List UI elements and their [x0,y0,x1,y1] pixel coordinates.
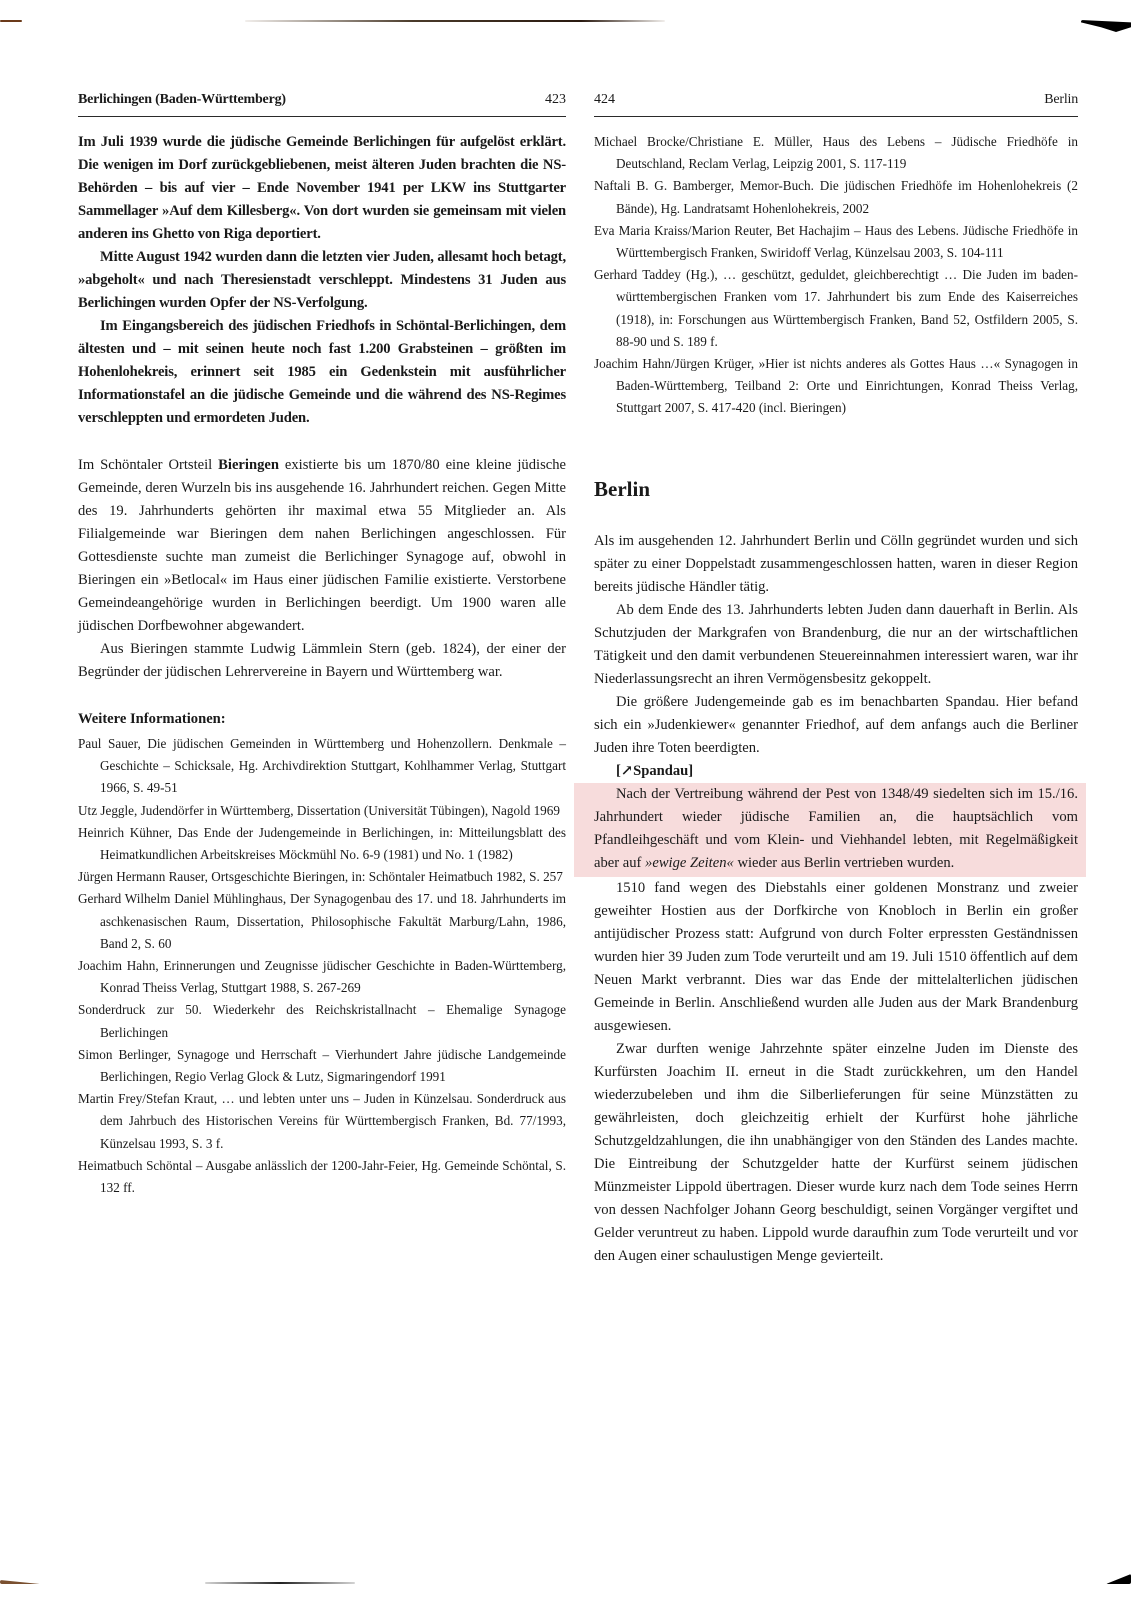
right-running-head: 424 Berlin [594,92,1078,117]
further-info-heading: Weitere Informationen: [78,708,566,730]
bieringen-intro-rest: existierte bis um 1870/80 eine kleine jü… [78,457,566,634]
reference-item: Martin Frey/Stefan Kraut, … und lebten u… [78,1088,566,1155]
reference-item: Heimatbuch Schöntal – Ausgabe anlässlich… [78,1155,566,1199]
scan-edge-bottom-left [0,1580,40,1584]
reference-item: Sonderdruck zur 50. Wiederkehr des Reich… [78,999,566,1043]
paragraph-friedhof-gedenkstein: Im Eingangsbereich des jüdischen Friedho… [78,315,566,430]
reference-item: Michael Brocke/Christiane E. Müller, Hau… [594,131,1078,175]
reference-item: Simon Berlinger, Synagoge und Herrschaft… [78,1044,566,1088]
paragraph-schutzjuden: Ab dem Ende des 13. Jahrhunderts lebten … [594,599,1078,691]
paragraph-lippold: Zwar durften wenige Jahrzehnte später ei… [594,1038,1078,1268]
bieringen-place-name: Bieringen [218,457,279,473]
scan-edge-top [245,20,665,22]
highlight-text-end: wieder aus Berlin vertrieben wurden. [734,855,954,871]
section-heading-berlin: Berlin [594,476,1078,502]
reference-item: Gerhard Wilhelm Daniel Mühlinghaus, Der … [78,888,566,955]
highlighted-passage: Nach der Vertreibung während der Pest vo… [574,783,1086,877]
paragraph-pest-vertreibung: Nach der Vertreibung während der Pest vo… [594,783,1078,875]
reference-item: Utz Jeggle, Judendörfer in Württemberg, … [78,800,566,822]
right-page: 424 Berlin Michael Brocke/Christiane E. … [594,92,1078,1268]
paragraph-ludwig-stern: Aus Bieringen stammte Ludwig Lämmlein St… [78,638,566,684]
highlight-italic-phrase: »ewige Zeiten« [645,855,734,871]
scan-edge-bottom-right [1106,1574,1131,1584]
scan-edge-top-left [0,20,22,22]
right-running-title: Berlin [1044,92,1078,108]
left-page: Berlichingen (Baden-Württemberg) 423 Im … [78,92,566,1199]
cross-reference-spandau-link[interactable]: [↗Spandau] [594,760,1078,783]
reference-item: Naftali B. G. Bamberger, Memor-Buch. Die… [594,175,1078,219]
bieringen-intro-prefix: Im Schöntaler Ortsteil [78,457,218,473]
reference-item: Joachim Hahn, Erinnerungen und Zeugnisse… [78,955,566,999]
reference-item: Joachim Hahn/Jürgen Krüger, »Hier ist ni… [594,353,1078,420]
reference-item: Paul Sauer, Die jüdischen Gemeinden in W… [78,733,566,800]
right-references-list: Michael Brocke/Christiane E. Müller, Hau… [594,131,1078,420]
right-page-number: 424 [594,92,615,108]
paragraph-prozess-1510: 1510 fand wegen des Diebstahls einer gol… [594,877,1078,1038]
scan-edge-top-right [1081,20,1131,32]
left-running-title: Berlichingen (Baden-Württemberg) [78,92,286,108]
reference-item: Gerhard Taddey (Hg.), … geschützt, gedul… [594,264,1078,353]
paragraph-spandau: Die größere Judengemeinde gab es im bena… [594,691,1078,760]
paragraph-theresienstadt-1942: Mitte August 1942 wurden dann die letzte… [78,246,566,315]
reference-item: Eva Maria Kraiss/Marion Reuter, Bet Hach… [594,220,1078,264]
paragraph-berlin-founding: Als im ausgehenden 12. Jahrhundert Berli… [594,530,1078,599]
left-references-list: Paul Sauer, Die jüdischen Gemeinden in W… [78,733,566,1199]
left-page-number: 423 [545,92,566,108]
reference-item: Jürgen Hermann Rauser, Ortsgeschichte Bi… [78,866,566,888]
reference-item: Heinrich Kühner, Das Ende der Judengemei… [78,822,566,866]
paragraph-bieringen-intro: Im Schöntaler Ortsteil Bieringen existie… [78,454,566,638]
paragraph-deportation-1939: Im Juli 1939 wurde die jüdische Gemeinde… [78,131,566,246]
scan-edge-bottom [205,1582,355,1584]
left-running-head: Berlichingen (Baden-Württemberg) 423 [78,92,566,117]
